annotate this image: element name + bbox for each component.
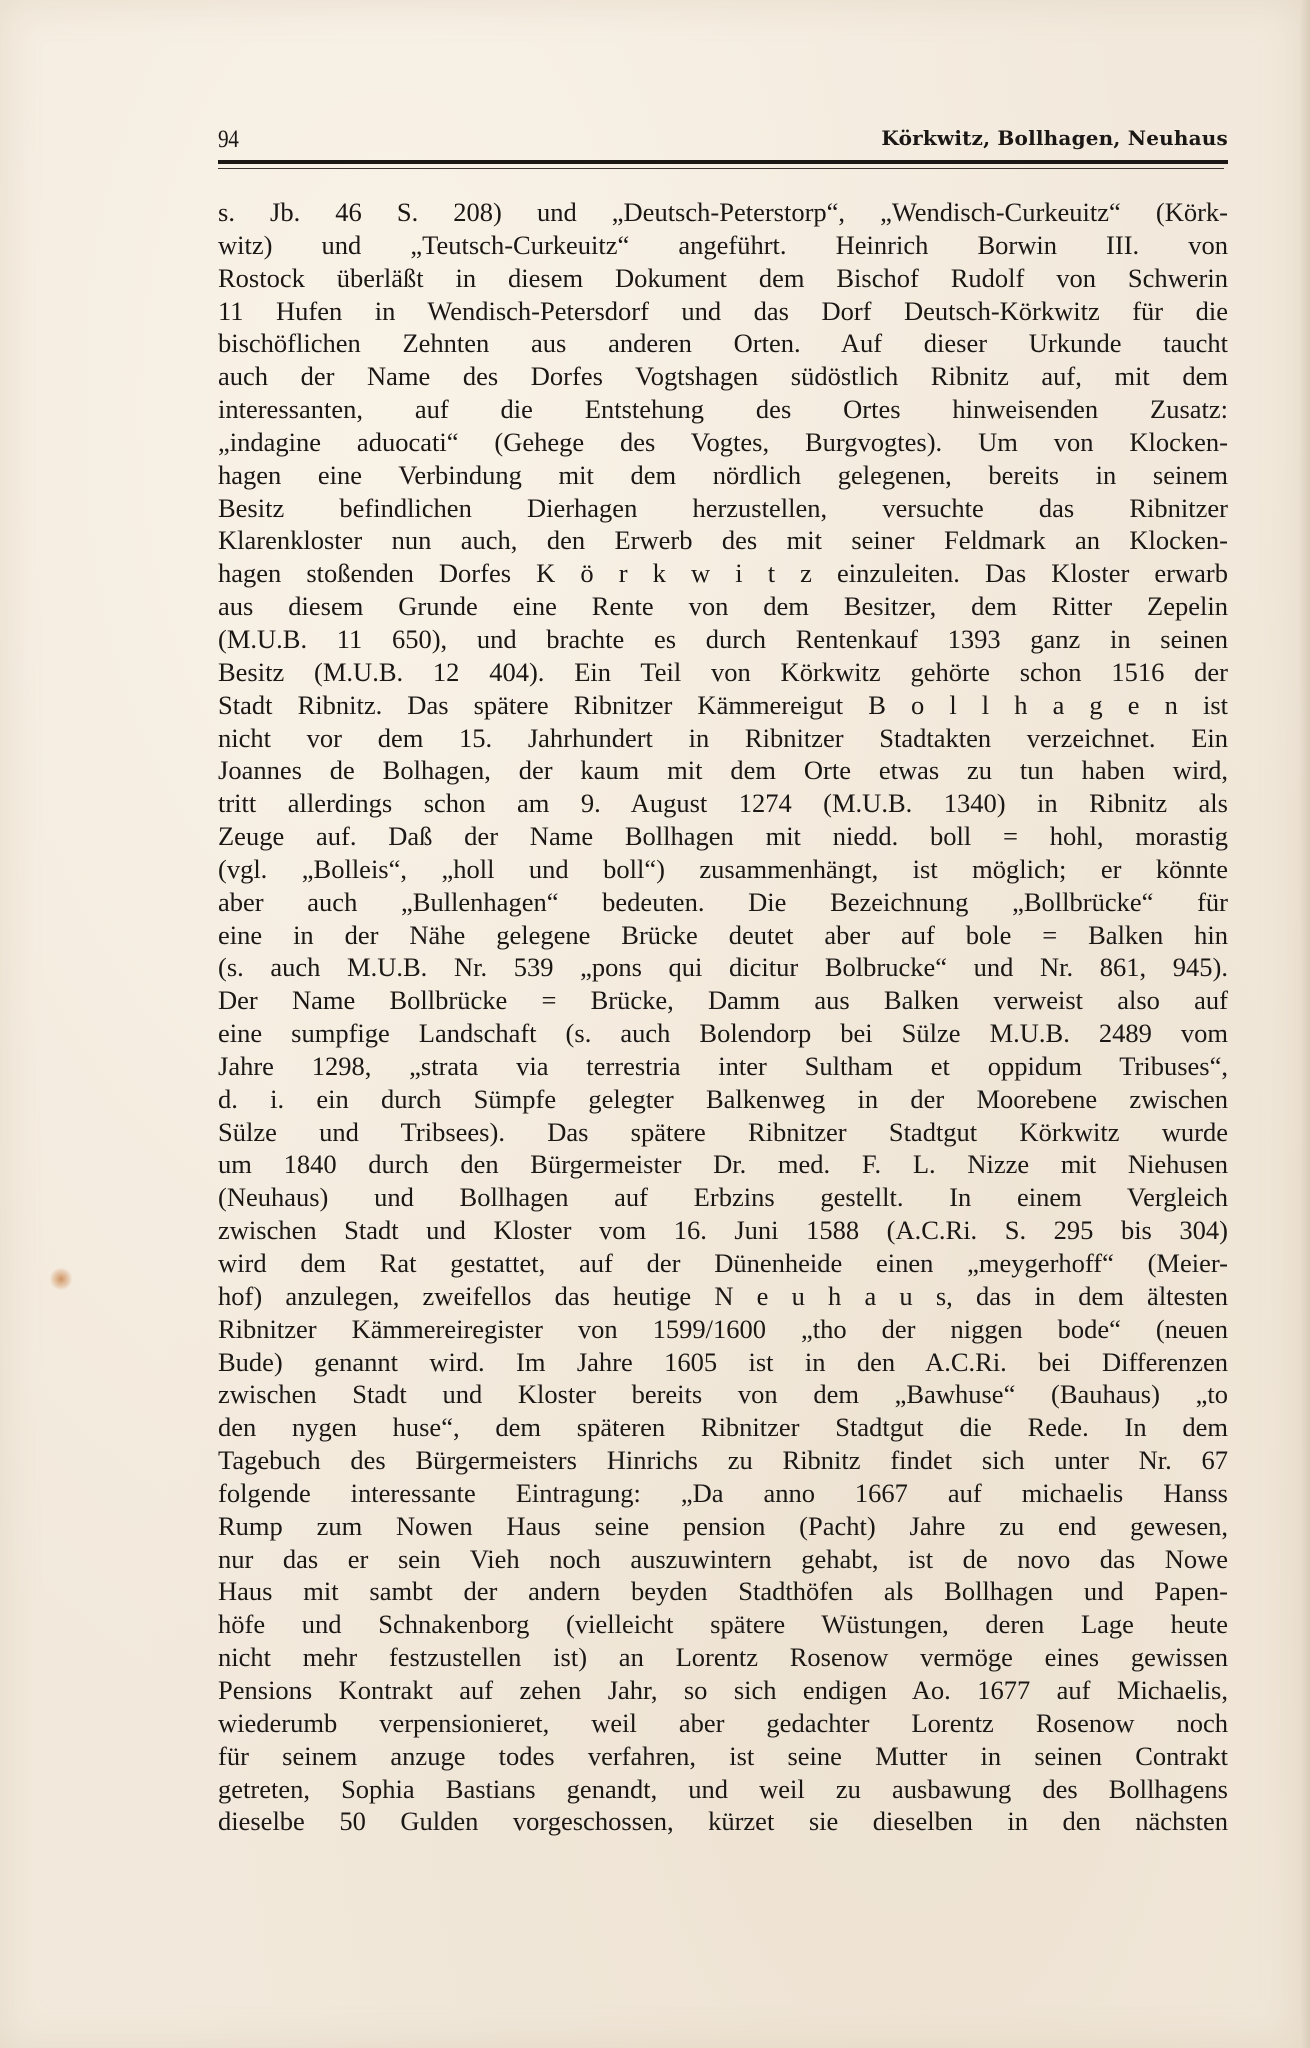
text-line: Pensions Kontrakt auf zehen Jahr, so sic… xyxy=(218,1674,1228,1707)
text-line: hagen stoßenden Dorfes K ö r k w i t z e… xyxy=(218,557,1228,590)
text-line: (s. auch M.U.B. Nr. 539 „pons qui dicitu… xyxy=(218,951,1228,984)
text-line: Joannes de Bolhagen, der kaum mit dem Or… xyxy=(218,754,1228,787)
text-line: d. i. ein durch Sümpfe gelegter Balkenwe… xyxy=(218,1083,1228,1116)
text-line: nur das er sein Vieh noch auszuwintern g… xyxy=(218,1543,1228,1576)
text-line: wird dem Rat gestattet, auf der Dünenhei… xyxy=(218,1247,1228,1280)
text-line: aber auch „Bullenhagen“ bedeuten. Die Be… xyxy=(218,886,1228,919)
text-line: Bude) genannt wird. Im Jahre 1605 ist in… xyxy=(218,1346,1228,1379)
text-line: nicht mehr festzustellen ist) an Lorentz… xyxy=(218,1641,1228,1674)
text-line: Der Name Bollbrücke = Brücke, Damm aus B… xyxy=(218,984,1228,1017)
book-page: 94 Körkwitz, Bollhagen, Neuhaus s. Jb. 4… xyxy=(0,0,1303,2048)
text-line: aus diesem Grunde eine Rente von dem Bes… xyxy=(218,590,1228,623)
text-line: Besitz (M.U.B. 12 404). Ein Teil von Kör… xyxy=(218,656,1228,689)
text-line: zwischen Stadt und Kloster vom 16. Juni … xyxy=(218,1214,1228,1247)
header-rule-thick xyxy=(218,160,1228,164)
body-text: s. Jb. 46 S. 208) und „Deutsch-Peterstor… xyxy=(218,196,1228,1838)
text-line: tritt allerdings schon am 9. August 1274… xyxy=(218,787,1228,820)
text-line: Rostock überläßt in diesem Dokument dem … xyxy=(218,262,1228,295)
text-line: Jahre 1298, „strata via terrestria inter… xyxy=(218,1050,1228,1083)
text-line: bischöflichen Zehnten aus anderen Orten.… xyxy=(218,327,1228,360)
text-line: witz) und „Teutsch-Curkeuitz“ angeführt.… xyxy=(218,229,1228,262)
text-line: hagen eine Verbindung mit dem nördlich g… xyxy=(218,459,1228,492)
text-line: s. Jb. 46 S. 208) und „Deutsch-Peterstor… xyxy=(218,196,1228,229)
text-line: den nygen huse“, dem späteren Ribnitzer … xyxy=(218,1411,1228,1444)
text-line: zwischen Stadt und Kloster bereits von d… xyxy=(218,1378,1228,1411)
text-line: 11 Hufen in Wendisch-Petersdorf und das … xyxy=(218,295,1228,328)
text-line: Ribnitzer Kämmereiregister von 1599/1600… xyxy=(218,1313,1228,1346)
text-line: um 1840 durch den Bürgermeister Dr. med.… xyxy=(218,1148,1228,1181)
text-line: (vgl. „Bolleis“, „holl und boll“) zusamm… xyxy=(218,853,1228,886)
text-line: (M.U.B. 11 650), und brachte es durch Re… xyxy=(218,623,1228,656)
text-line: eine sumpfige Landschaft (s. auch Bolend… xyxy=(218,1017,1228,1050)
text-line: Haus mit sambt der andern beyden Stadthö… xyxy=(218,1575,1228,1608)
text-line: folgende interessante Eintragung: „Da an… xyxy=(218,1477,1228,1510)
header-rule-thin xyxy=(218,168,1224,169)
text-line: Sülze und Tribsees). Das spätere Ribnitz… xyxy=(218,1116,1228,1149)
text-line: (Neuhaus) und Bollhagen auf Erbzins gest… xyxy=(218,1181,1228,1214)
text-line: interessanten, auf die Entstehung des Or… xyxy=(218,393,1228,426)
text-line: auch der Name des Dorfes Vogtshagen südö… xyxy=(218,360,1228,393)
text-line: getreten, Sophia Bastians genandt, und w… xyxy=(218,1773,1228,1806)
text-line: Stadt Ribnitz. Das spätere Ribnitzer Käm… xyxy=(218,689,1228,722)
text-line: eine in der Nähe gelegene Brücke deutet … xyxy=(218,919,1228,952)
text-line: Tagebuch des Bürgermeisters Hinrichs zu … xyxy=(218,1444,1228,1477)
paper-stain xyxy=(50,1268,72,1290)
text-line: Besitz befindlichen Dierhagen herzustell… xyxy=(218,492,1228,525)
text-line: hof) anzulegen, zweifellos das heutige N… xyxy=(218,1280,1228,1313)
text-line: nicht vor dem 15. Jahrhundert in Ribnitz… xyxy=(218,722,1228,755)
text-line: „indagine aduocati“ (Gehege des Vogtes, … xyxy=(218,426,1228,459)
text-line: höfe und Schnakenborg (vielleicht später… xyxy=(218,1608,1228,1641)
page-number: 94 xyxy=(218,126,238,154)
text-line: wiederumb verpensionieret, weil aber ged… xyxy=(218,1707,1228,1740)
text-line: Zeuge auf. Daß der Name Bollhagen mit ni… xyxy=(218,820,1228,853)
text-line: dieselbe 50 Gulden vorgeschossen, kürzet… xyxy=(218,1805,1228,1838)
page-edge xyxy=(1300,0,1310,2048)
text-line: für seinem anzuge todes verfahren, ist s… xyxy=(218,1740,1228,1773)
text-line: Rump zum Nowen Haus seine pension (Pacht… xyxy=(218,1510,1228,1543)
running-head: Körkwitz, Bollhagen, Neuhaus xyxy=(881,126,1228,150)
text-line: Klarenkloster nun auch, den Erwerb des m… xyxy=(218,524,1228,557)
